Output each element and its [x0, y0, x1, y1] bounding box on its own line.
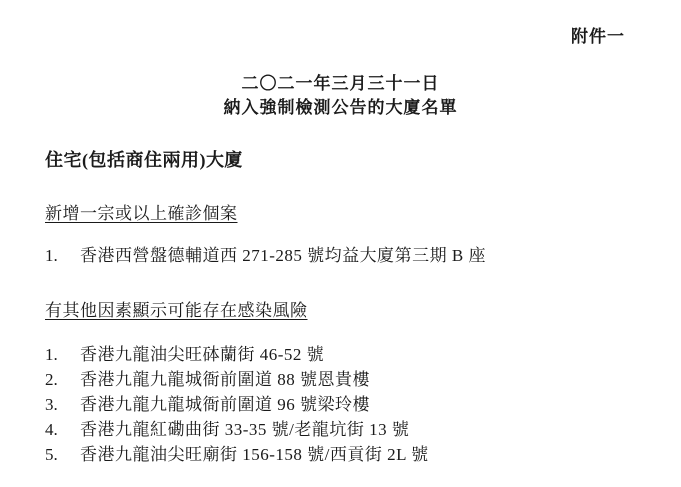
other-factors-list: 1. 香港九龍油尖旺砵蘭街 46-52 號 2. 香港九龍九龍城衙前圍道 88 …: [45, 342, 661, 467]
section-heading-residential: 住宅(包括商住兩用)大廈: [45, 146, 243, 172]
list-item: 3. 香港九龍九龍城衙前圍道 96 號梁玲樓: [45, 392, 661, 417]
list-item-text: 香港西營盤德輔道西 271-285 號均益大廈第三期 B 座: [80, 243, 661, 268]
list-item-text: 香港九龍九龍城衙前圍道 96 號梁玲樓: [80, 392, 661, 417]
list-item-number: 4.: [45, 417, 80, 442]
list-item-number: 2.: [45, 367, 80, 392]
list-item: 4. 香港九龍紅磡曲街 33-35 號/老龍坑街 13 號: [45, 417, 661, 442]
list-item-text: 香港九龍油尖旺砵蘭街 46-52 號: [80, 342, 661, 367]
list-item-text: 香港九龍油尖旺廟街 156-158 號/西貢街 2L 號: [80, 442, 661, 467]
subsection-heading-other-risk-factors: 有其他因素顯示可能存在感染風險: [45, 296, 308, 321]
list-item-text: 香港九龍九龍城衙前圍道 88 號恩貴樓: [80, 367, 661, 392]
document-page: 附件一 二〇二一年三月三十一日 納入強制檢測公告的大廈名單 住宅(包括商住兩用)…: [0, 0, 681, 487]
list-item: 5. 香港九龍油尖旺廟街 156-158 號/西貢街 2L 號: [45, 442, 661, 467]
new-cases-list: 1. 香港西營盤德輔道西 271-285 號均益大廈第三期 B 座: [45, 243, 661, 268]
list-item: 2. 香港九龍九龍城衙前圍道 88 號恩貴樓: [45, 367, 661, 392]
list-item-number: 1.: [45, 342, 80, 367]
list-item: 1. 香港九龍油尖旺砵蘭街 46-52 號: [45, 342, 661, 367]
annex-label: 附件一: [571, 22, 625, 47]
list-item-number: 3.: [45, 392, 80, 417]
list-item-number: 5.: [45, 442, 80, 467]
list-item: 1. 香港西營盤德輔道西 271-285 號均益大廈第三期 B 座: [45, 243, 661, 268]
document-date-title: 二〇二一年三月三十一日: [0, 72, 681, 96]
document-main-title: 納入強制檢測公告的大廈名單: [0, 96, 681, 120]
list-item-number: 1.: [45, 243, 80, 268]
list-item-text: 香港九龍紅磡曲街 33-35 號/老龍坑街 13 號: [80, 417, 661, 442]
title-block: 二〇二一年三月三十一日 納入強制檢測公告的大廈名單: [0, 72, 681, 120]
subsection-heading-new-confirmed-cases: 新增一宗或以上確診個案: [45, 199, 238, 224]
